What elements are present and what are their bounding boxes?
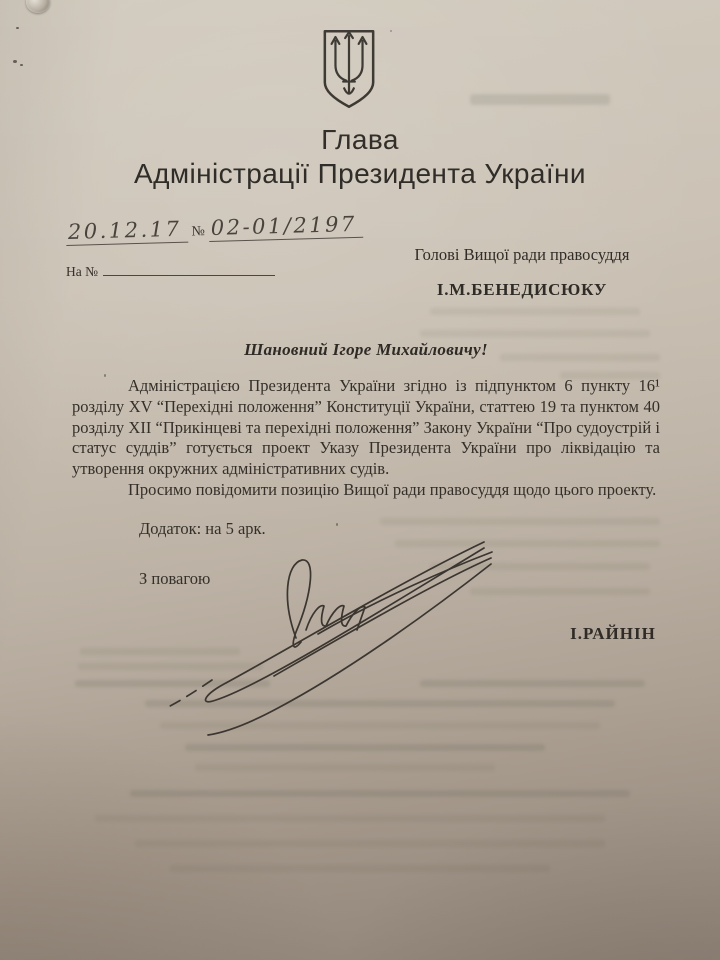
bleedthrough-text	[420, 680, 645, 687]
bleedthrough-text	[380, 518, 660, 525]
photographed-letter: Глава Адміністрації Президента України 2…	[0, 0, 720, 960]
bleedthrough-text	[80, 648, 240, 655]
addressee-name: І.М.БЕНЕДИСЮКУ	[386, 280, 658, 300]
bleedthrough-text	[160, 722, 600, 729]
bleedthrough-text	[470, 94, 610, 105]
reply-to-blank-line	[103, 262, 275, 276]
reply-to-field: На №	[66, 262, 275, 280]
letterhead-line2: Адміністрації Президента України	[0, 157, 720, 191]
bleedthrough-text	[195, 764, 495, 771]
bleedthrough-text	[395, 540, 660, 547]
bleedthrough-text	[95, 815, 605, 822]
closing-phrase: З повагою	[139, 569, 210, 589]
number-sign-label: №	[191, 224, 205, 239]
letterhead: Глава Адміністрації Президента України	[0, 123, 720, 191]
reply-to-label: На №	[66, 264, 98, 279]
salutation: Шановний Ігоре Михайловичу!	[72, 340, 660, 360]
signature	[150, 528, 510, 740]
bleedthrough-text	[430, 308, 640, 315]
letter-body: Адміністрацією Президента України згідно…	[72, 376, 660, 501]
bleedthrough-text	[170, 865, 550, 872]
paper-speck	[390, 30, 392, 32]
paper-speck	[16, 27, 19, 29]
bleedthrough-text	[420, 330, 650, 337]
bleedthrough-text	[75, 680, 270, 687]
bleedthrough-text	[470, 588, 650, 595]
handwritten-date: 20.12.17	[66, 217, 188, 246]
addressee-block: Голові Вищої ради правосуддя І.М.БЕНЕДИС…	[386, 245, 658, 300]
handwritten-ref-number: 02-01/2197	[208, 212, 363, 242]
bleedthrough-text	[135, 840, 605, 847]
pin-icon	[26, 0, 50, 13]
reference-row: 20.12.17№02-01/2197	[66, 220, 366, 246]
paper-speck	[13, 60, 17, 63]
paper-speck	[20, 64, 23, 66]
signer-name: І.РАЙНІН	[538, 624, 688, 644]
attachment-note: Додаток: на 5 арк.	[139, 519, 266, 539]
bleedthrough-text	[185, 744, 545, 751]
bleedthrough-text	[130, 790, 630, 797]
letterhead-line1: Глава	[0, 123, 720, 157]
coat-of-arms-icon	[320, 28, 378, 110]
bleedthrough-text	[145, 700, 615, 707]
addressee-title: Голові Вищої ради правосуддя	[386, 245, 658, 265]
paper-speck	[336, 523, 338, 526]
body-paragraph-1: Адміністрацією Президента України згідно…	[72, 376, 660, 480]
body-paragraph-2: Просимо повідомити позицію Вищої ради пр…	[72, 480, 660, 501]
bleedthrough-text	[430, 563, 650, 570]
bleedthrough-text	[78, 663, 263, 670]
